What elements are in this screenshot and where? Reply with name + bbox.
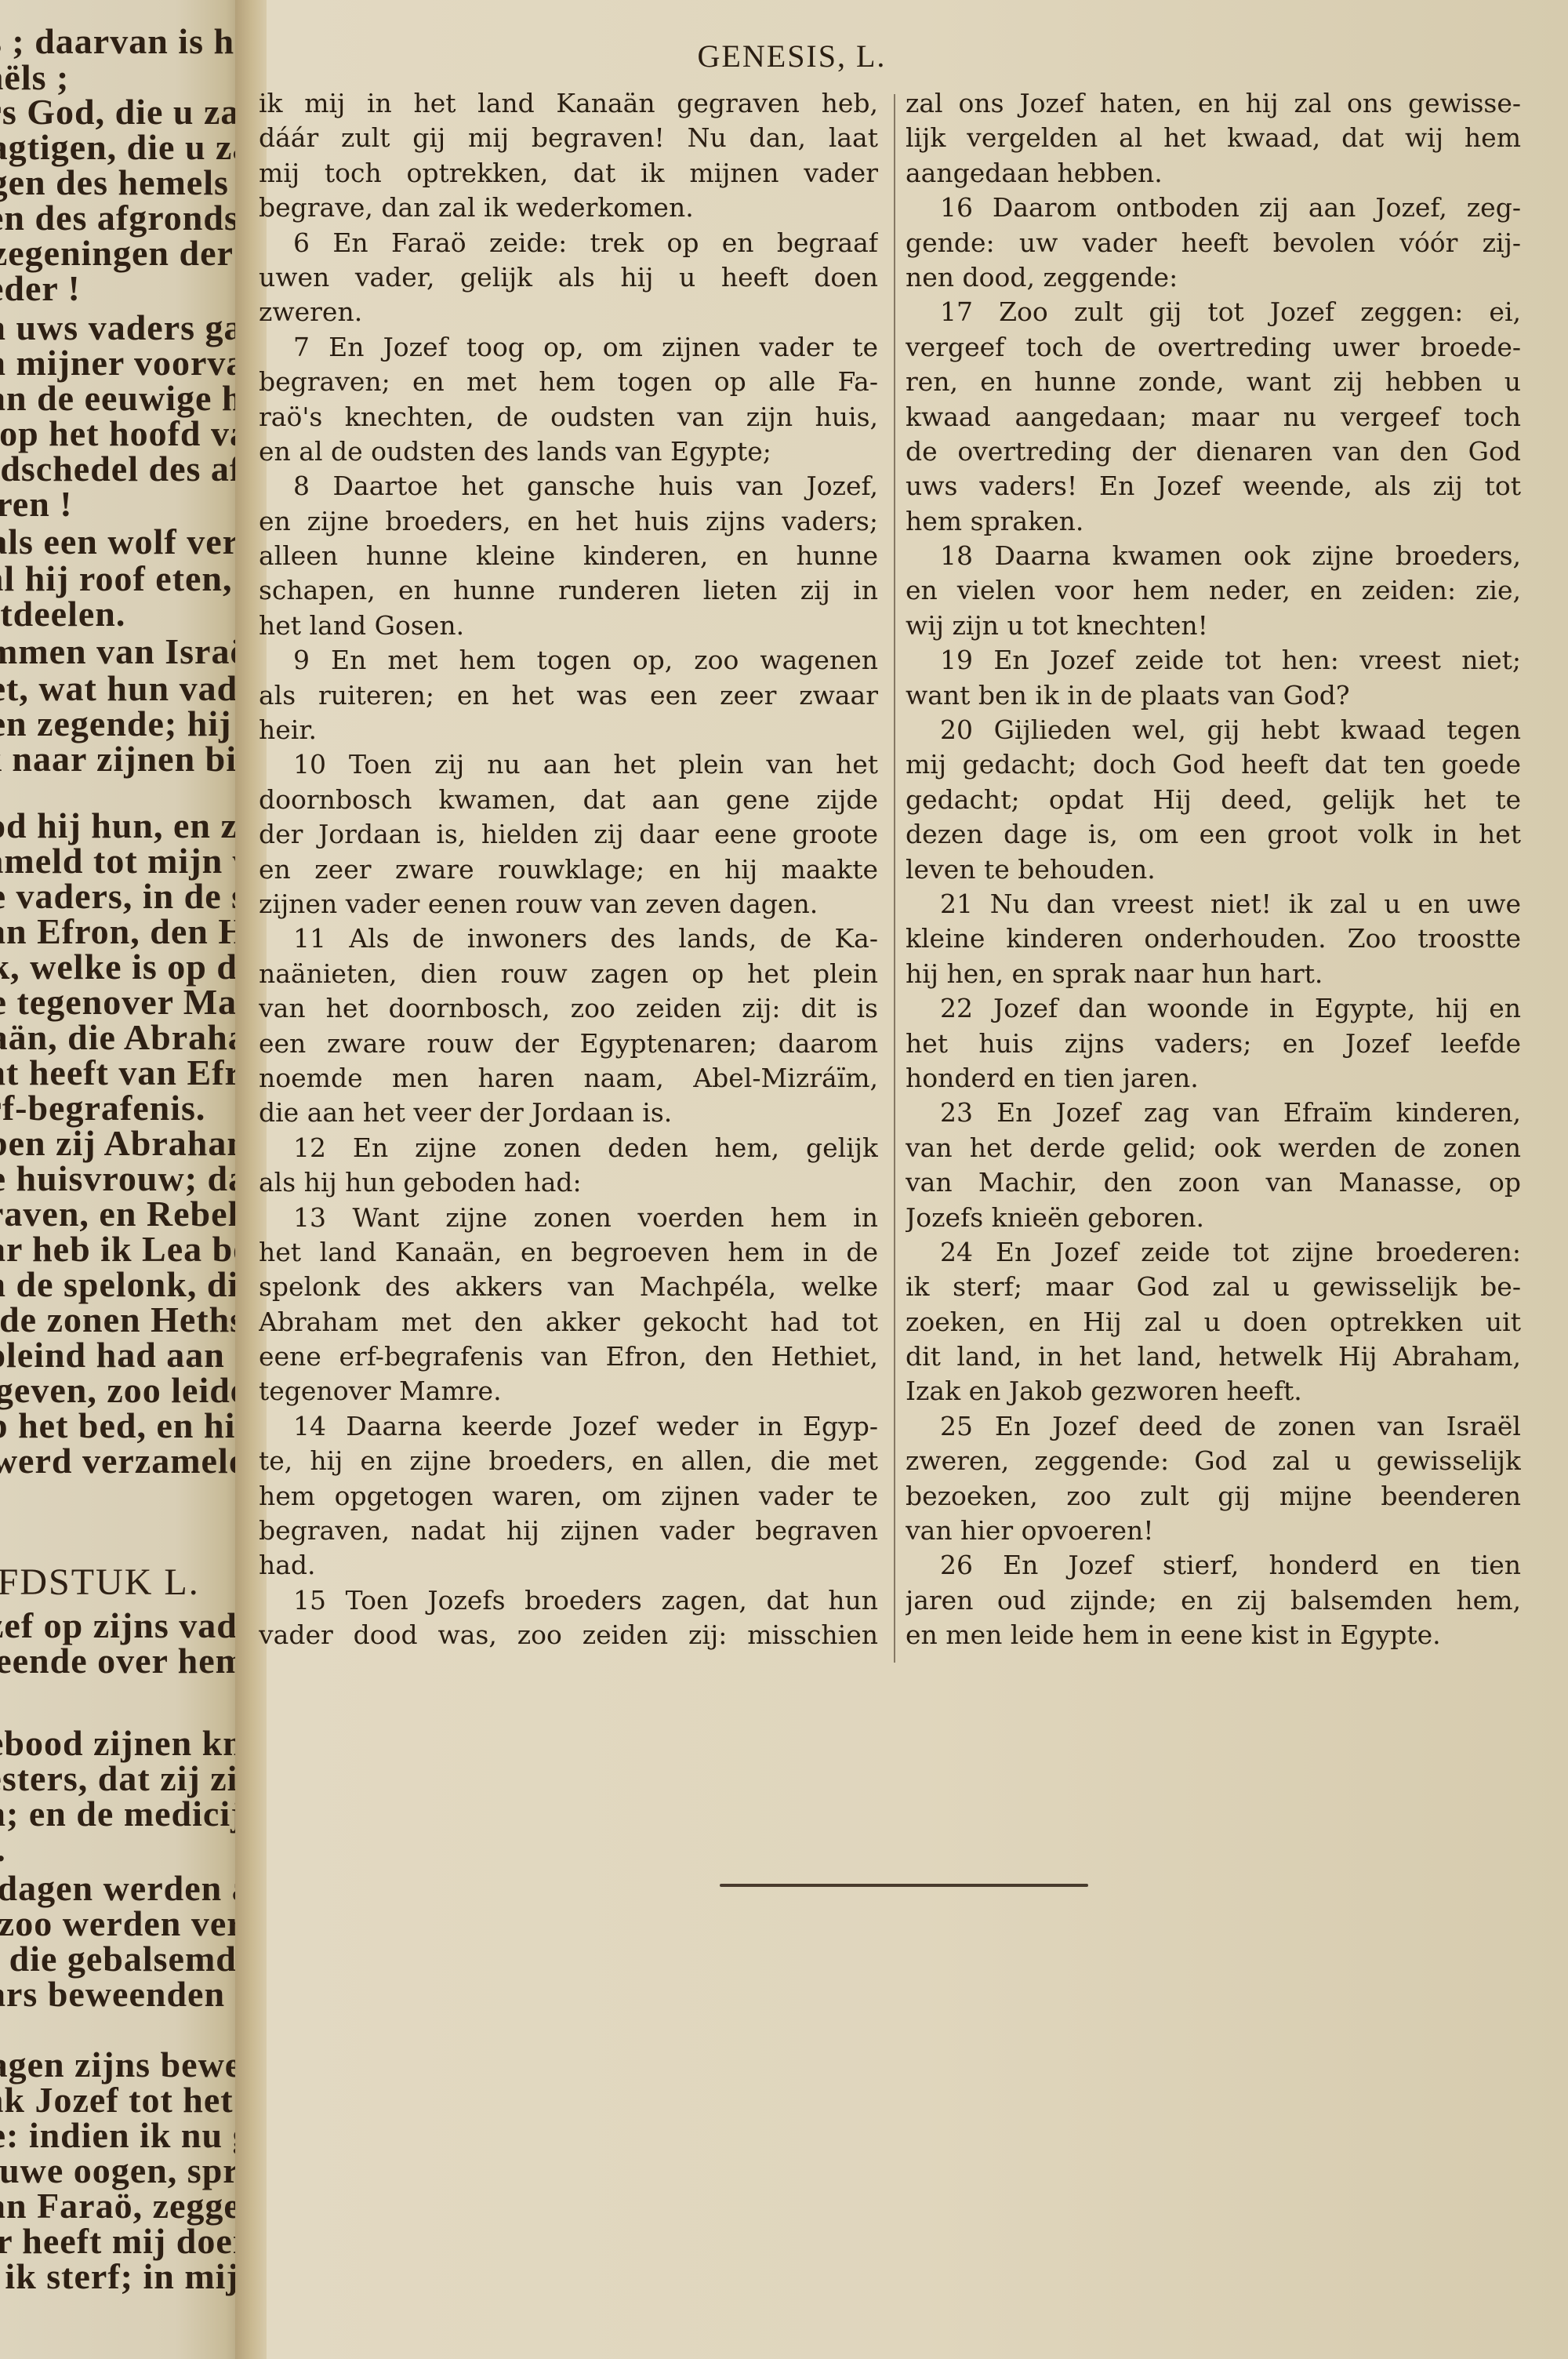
text-line: als hij hun geboden had: <box>259 1165 878 1200</box>
text-line: het land Kanaän, en begroeven hem in de <box>259 1235 878 1270</box>
text-line: alleen hunne kleine kinderen, en hunne <box>259 539 878 573</box>
text-line: het land Gosen. <box>259 609 878 643</box>
text-line: en al de oudsten des lands van Egypte; <box>259 434 878 469</box>
text-line: 15 Toen Jozefs broeders zagen, dat hun <box>259 1583 878 1618</box>
text-line: vergeef toch de overtreding uwer broede- <box>906 330 1521 365</box>
facing-text-line: aars beweenden hem <box>0 1976 251 2012</box>
text-line: zoeken, en Hij zal u doen optrekken uit <box>906 1305 1521 1339</box>
facing-text-line: t zegeningen der <box>0 235 234 271</box>
text-line: wij zijn u tot knechten! <box>906 609 1521 643</box>
facing-text-line: gebood zijnen knechten <box>0 1725 251 1761</box>
text-line: begrave, dan zal ik wederkomen. <box>259 191 878 225</box>
facing-text-line: en de spelonk, die d <box>0 1267 251 1303</box>
facing-text-line: dagen zijns beweenens <box>0 2047 251 2083</box>
facing-text-line: oben zij Abraham b <box>0 1125 251 1161</box>
text-line: vader dood was, zoo zeiden zij: misschie… <box>259 1618 878 1652</box>
text-line: 26 En Jozef stierf, honderd en tien <box>906 1548 1521 1583</box>
facing-text-line: uitdeelen. <box>0 596 125 632</box>
text-line: van het derde gelid; ook werden de zonen <box>906 1131 1521 1165</box>
facing-text-line: op het bed, en hij <box>0 1408 249 1444</box>
text-line: 14 Daarna keerde Jozef weder in Egyp- <box>259 1409 878 1444</box>
text-line: en zeer zware rouwklage; en hij maakte <box>259 852 878 887</box>
text-column-left: ik mij in het land Kanaän gegraven heb,d… <box>259 86 878 1653</box>
text-line: 21 Nu dan vreest niet! ik zal u en uwe <box>906 887 1521 921</box>
text-line: heir. <box>259 713 878 747</box>
text-line: Izak en Jakob gezworen heeft. <box>906 1374 1521 1408</box>
text-line: tegenover Mamre. <box>259 1374 878 1408</box>
text-line: ik mij in het land Kanaän gegraven heb, <box>259 86 878 121</box>
text-line: 23 En Jozef zag van Efraïm kinderen, <box>906 1096 1521 1130</box>
text-line: dezen dage is, om een groot volk in het <box>906 817 1521 852</box>
text-line: 7 En Jozef toog op, om zijnen vader te <box>259 330 878 365</box>
text-line: honderd en tien jaren. <box>906 1061 1521 1096</box>
facing-text-line: aar heb ik Lea begraven <box>0 1231 251 1267</box>
text-line: dit land, in het land, hetwelk Hij Abrah… <box>906 1339 1521 1374</box>
text-line: 13 Want zijne zonen voerden hem in <box>259 1201 878 1235</box>
text-line: naänieten, dien rouw zagen op het plein <box>259 957 878 991</box>
text-line: en vielen voor hem neder, en zeiden: zie… <box>906 573 1521 608</box>
text-line: spelonk des akkers van Machpéla, welke <box>259 1270 878 1304</box>
text-line: en zijne broeders, en het huis zijns vad… <box>259 504 878 539</box>
text-line: lijk vergelden al het kwaad, dat wij hem <box>906 121 1521 155</box>
text-line: hij hen, en sprak naar hun hart. <box>906 957 1521 991</box>
facing-text-line: weende over hem, en <box>0 1643 251 1679</box>
facing-text-line: os ; daarvan is hij <box>0 24 251 60</box>
text-line: zweren. <box>259 295 878 329</box>
text-column-right: zal ons Jozef haten, en hij zal ons gewi… <box>906 86 1521 1653</box>
text-line: gende: uw vader heeft bevolen vóór zij- <box>906 226 1521 260</box>
text-line: en men leide hem in eene kist in Egypte. <box>906 1618 1521 1652</box>
facing-text-line: nk, welke is op den akker <box>0 949 251 985</box>
text-line: begraven; en met hem togen op alle Fa- <box>259 365 878 399</box>
text-line: 6 En Faraö zeide: trek op en begraaf <box>259 226 878 260</box>
facing-text-line: naän, die Abraham <box>0 1020 251 1056</box>
facing-text-line: oeder ! <box>0 271 81 307</box>
text-line: van hier opvoeren! <box>906 1514 1521 1548</box>
facing-text-line: het, wat hun vader <box>0 671 251 707</box>
text-line: dáár zult gij mij begraven! Nu dan, laat <box>259 121 878 155</box>
text-line: had. <box>259 1548 878 1583</box>
facing-text-line: eesters, dat zij zijnen <box>0 1761 251 1797</box>
text-line: de overtreding der dienaren van den God <box>906 434 1521 469</box>
text-line: 18 Daarna kwamen ook zijne broeders, <box>906 539 1521 573</box>
facing-text-line: l als een wolf verscheuren <box>0 524 251 560</box>
text-line: uws vaders! En Jozef weende, als zij tot <box>906 469 1521 503</box>
text-line: raö's knechten, de oudsten van zijn huis… <box>259 400 878 434</box>
text-line: Abraham met den akker gekocht had tot <box>259 1305 878 1339</box>
chapter-end-rule <box>720 1884 1088 1887</box>
text-line: 25 En Jozef deed de zonen van Israël <box>906 1409 1521 1444</box>
text-line: 19 En Jozef zeide tot hen: vreest niet; <box>906 643 1521 678</box>
facing-text-line: ammen van Israël <box>0 634 251 670</box>
text-line: kleine kinderen onderhouden. Zoo troostt… <box>906 921 1521 956</box>
facing-text-line: zal hij roof eten, en <box>0 561 251 597</box>
text-line: van Machir, den zoon van Manasse, op <box>906 1165 1521 1200</box>
facing-text-line: erf-begrafenis. <box>0 1090 205 1126</box>
facing-text-line: raëls ; <box>0 60 69 96</box>
facing-chapter-heading: OFDSTUK L. <box>0 1565 200 1601</box>
text-line: 12 En zijne zonen deden hem, gelijk <box>259 1131 878 1165</box>
text-line: van het doornbosch, zoo zeiden zij: dit … <box>259 991 878 1026</box>
facing-text-line: en mijner voorvaders <box>0 345 251 381</box>
text-line: doornbosch kwamen, dat aan gene zijde <box>259 783 878 817</box>
text-line: een zware rouw der Egyptenaren; daarom <box>259 1027 878 1061</box>
text-line: hem opgetogen waren, om zijnen vader te <box>259 1479 878 1514</box>
text-line: het huis zijns vaders; en Jozef leefde <box>906 1027 1521 1061</box>
text-line: 22 Jozef dan woonde in Egypte, hij en <box>906 991 1521 1026</box>
text-line: die aan het veer der Jordaan is. <box>259 1096 878 1130</box>
text-line: mij toch optrekken, dat ik mijnen vader <box>259 156 878 191</box>
facing-text-line: en; en de medicijnmeesters <box>0 1796 251 1832</box>
facing-text-line: ngen des hemels <box>0 165 229 201</box>
column-divider-rule <box>894 94 895 1663</box>
text-line: bezoeken, zoo zult gij mijne beenderen <box>906 1479 1521 1514</box>
facing-text-line: alzoo werden vervuld <box>0 1906 251 1942</box>
facing-text-line: ël. <box>0 1831 6 1867</box>
facing-text-line: de: indien ik nu genade <box>0 2117 251 2154</box>
facing-text-line: e, ik sterf; in mijn graf <box>0 2259 251 2295</box>
facing-text-line: cht heeft van Efron <box>0 1055 251 1091</box>
facing-text-line: n, die gebalsemd wa <box>0 1941 251 1977</box>
text-line: begraven, nadat hij zijnen vader begrave… <box>259 1514 878 1548</box>
text-line: der Jordaan is, hielden zij daar eene gr… <box>259 817 878 852</box>
facing-text-line: graven, en Rebekka, <box>0 1196 251 1232</box>
facing-text-line: leren ! <box>0 486 73 522</box>
facing-text-line: n op het hoofd van <box>0 416 251 452</box>
text-line: nen dood, zeggende: <box>906 260 1521 295</box>
text-line: mij gedacht; doch God heeft dat ten goed… <box>906 747 1521 782</box>
text-line: leven te behouden. <box>906 852 1521 887</box>
facing-text-line: n de zonen Heths. <box>0 1302 251 1338</box>
text-line: uwen vader, gelijk als hij u heeft doen <box>259 260 878 295</box>
facing-text-line: g dagen werden aan <box>0 1870 251 1906</box>
text-line: 10 Toen zij nu aan het plein van het <box>259 747 878 782</box>
text-line: 16 Daarom ontboden zij aan Jozef, zeg- <box>906 191 1521 225</box>
text-line: Jozefs knieën geboren. <box>906 1201 1521 1235</box>
facing-text-line: nagtigen, die u zal <box>0 129 251 165</box>
text-line: 24 En Jozef zeide tot zijne broederen: <box>906 1235 1521 1270</box>
facing-text-line: jk naar zijnen bijzonderen <box>0 741 251 777</box>
text-line: 8 Daartoe het gansche huis van Jozef, <box>259 469 878 503</box>
running-head: GENESIS, L. <box>517 38 1066 75</box>
facing-text-line: e geven, zoo leide hij <box>0 1372 251 1408</box>
text-line: 11 Als de inwoners des lands, de Ka- <box>259 921 878 956</box>
facing-text-line: ers God, die u zal <box>0 94 250 130</box>
facing-text-line: ne vaders, in de spelonk <box>0 878 251 914</box>
facing-text-line: ofdschedel des afge <box>0 451 251 487</box>
facing-text-line: ood hij hun, en zeide <box>0 808 251 844</box>
facing-text-line: en uws vaders gaan <box>0 310 251 346</box>
facing-text-line: van Efron, den Hethiet <box>0 914 251 950</box>
text-line: 17 Zoo zult gij tot Jozef zeggen: ei, <box>906 295 1521 329</box>
text-line: jaren oud zijnde; en zij balsemden hem, <box>906 1583 1521 1618</box>
facing-text-line: nen zegende; hij zegende <box>0 706 251 742</box>
facing-text-line: van Faraö, zeggende <box>0 2188 251 2224</box>
facing-text-line: zameld tot mijn volk <box>0 843 251 879</box>
facing-text-line: n uwe oogen, spreekt <box>0 2153 251 2189</box>
text-line: zweren, zeggende: God zal u gewisselijk <box>906 1444 1521 1478</box>
text-line: 9 En met hem togen op, zoo wagenen <box>259 643 878 678</box>
facing-text-line: rak Jozef tot het huis <box>0 2082 251 2118</box>
facing-text-line: ne huisvrouw; daar <box>0 1161 251 1197</box>
text-line: zal ons Jozef haten, en hij zal ons gewi… <box>906 86 1521 121</box>
facing-text-line: lie tegenover Mamre <box>0 984 251 1020</box>
text-line: als ruiteren; en het was een zeer zwaar <box>259 678 878 713</box>
facing-text-line: gen des afgronds, <box>0 200 249 236</box>
facing-text-line: j werd verzameld tot <box>0 1443 251 1479</box>
facing-text-line: van de eeuwige heu <box>0 380 251 416</box>
text-line: zijnen vader eenen rouw van zeven dagen. <box>259 887 878 921</box>
facing-page: os ; daarvan is hijraëls ;ers God, die u… <box>0 0 251 2359</box>
text-line: hem spraken. <box>906 504 1521 539</box>
text-line: ren, en hunne zonde, want zij hebben u <box>906 365 1521 399</box>
text-line: schapen, en hunne runderen lieten zij in <box>259 573 878 608</box>
text-line: eene erf-begrafenis van Efron, den Hethi… <box>259 1339 878 1374</box>
text-line: te, hij en zijne broeders, en allen, die… <box>259 1444 878 1478</box>
text-line: ik sterf; maar God zal u gewisselijk be- <box>906 1270 1521 1304</box>
text-line: want ben ik in de plaats van God? <box>906 678 1521 713</box>
facing-text-line: ler heeft mij doen <box>0 2223 251 2259</box>
text-line: kwaad aangedaan; maar nu vergeef toch <box>906 400 1521 434</box>
text-line: gedacht; opdat Hij deed, gelijk het te <box>906 783 1521 817</box>
text-line: noemde men haren naam, Abel-Mizráïm, <box>259 1061 878 1096</box>
facing-text-line: voleind had aan <box>0 1337 225 1373</box>
facing-text-line: ozef op zijns vaders a <box>0 1608 251 1644</box>
text-line: aangedaan hebben. <box>906 156 1521 191</box>
text-line: 20 Gijlieden wel, gij hebt kwaad tegen <box>906 713 1521 747</box>
